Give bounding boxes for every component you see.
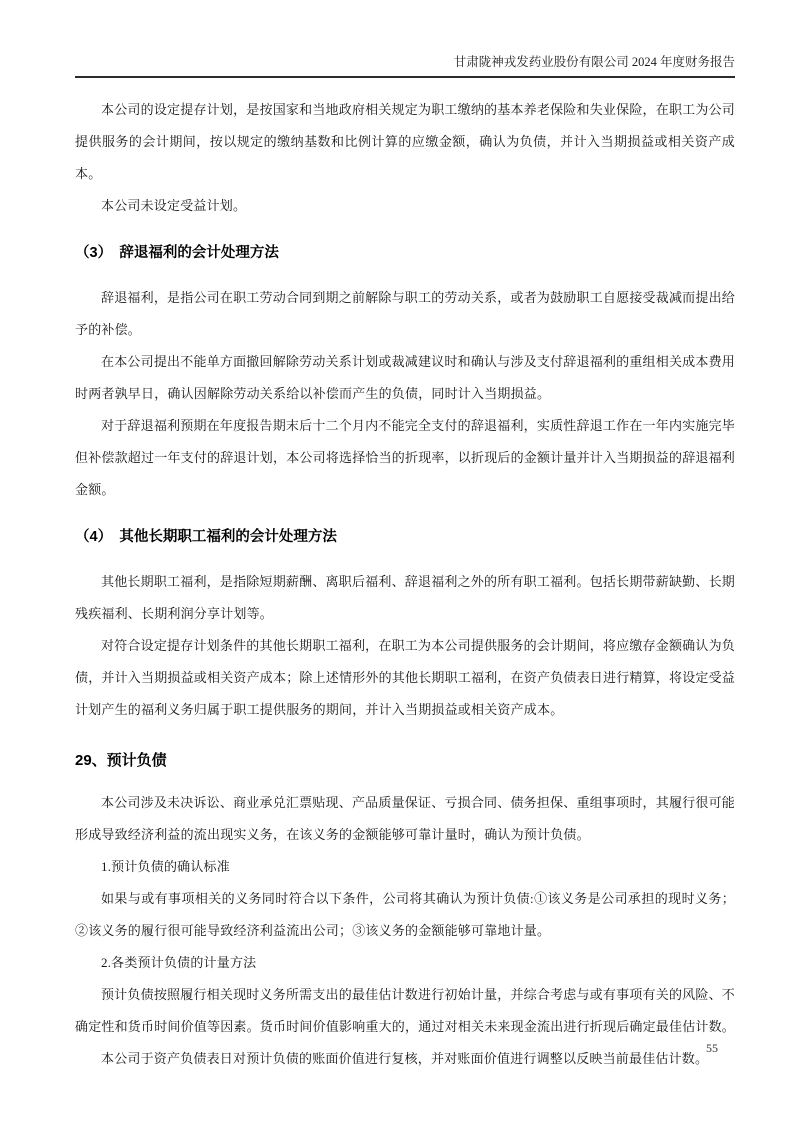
list-item-1: 1.预计负债的确认标准 — [75, 851, 735, 883]
paragraph: 本公司的设定提存计划，是按国家和当地政府相关规定为职工缴纳的基本养老保险和失业保… — [75, 94, 735, 190]
paragraph: 对符合设定提存计划条件的其他长期职工福利，在职工为本公司提供服务的会计期间，将应… — [75, 630, 735, 726]
paragraph: 在本公司提出不能单方面撤回解除劳动关系计划或裁减建议时和确认与涉及支付辞退福利的… — [75, 346, 735, 410]
paragraph: 本公司未设定受益计划。 — [75, 190, 735, 222]
paragraph: 本公司涉及未决诉讼、商业承兑汇票贴现、产品质量保证、亏损合同、债务担保、重组事项… — [75, 787, 735, 851]
document-body: 本公司的设定提存计划，是按国家和当地政府相关规定为职工缴纳的基本养老保险和失业保… — [75, 94, 735, 1075]
paragraph: 如果与或有事项相关的义务同时符合以下条件，公司将其确认为预计负债:①该义务是公司… — [75, 883, 735, 947]
section-heading-4: （4） 其他长期职工福利的会计处理方法 — [75, 527, 735, 547]
section-heading-3: （3） 辞退福利的会计处理方法 — [75, 243, 735, 263]
paragraph: 预计负债按照履行相关现时义务所需支出的最佳估计数进行初始计量，并综合考虑与或有事… — [75, 979, 735, 1043]
paragraph: 其他长期职工福利，是指除短期薪酬、离职后福利、辞退福利之外的所有职工福利。包括长… — [75, 566, 735, 630]
page-header: 甘肃陇神戎发药业股份有限公司 2024 年度财务报告 — [75, 0, 735, 78]
paragraph: 辞退福利，是指公司在职工劳动合同到期之前解除与职工的劳动关系，或者为鼓励职工自愿… — [75, 282, 735, 346]
document-page: 甘肃陇神戎发药业股份有限公司 2024 年度财务报告 本公司的设定提存计划，是按… — [0, 0, 793, 1122]
paragraph: 对于辞退福利预期在年度报告期末后十二个月内不能完全支付的辞退福利，实质性辞退工作… — [75, 410, 735, 506]
section-heading-29: 29、预计负债 — [75, 750, 735, 771]
report-title: 甘肃陇神戎发药业股份有限公司 2024 年度财务报告 — [454, 55, 735, 69]
page-number: 55 — [706, 1040, 718, 1056]
list-item-2: 2.各类预计负债的计量方法 — [75, 947, 735, 979]
paragraph: 本公司于资产负债表日对预计负债的账面价值进行复核，并对账面价值进行调整以反映当前… — [75, 1043, 735, 1075]
